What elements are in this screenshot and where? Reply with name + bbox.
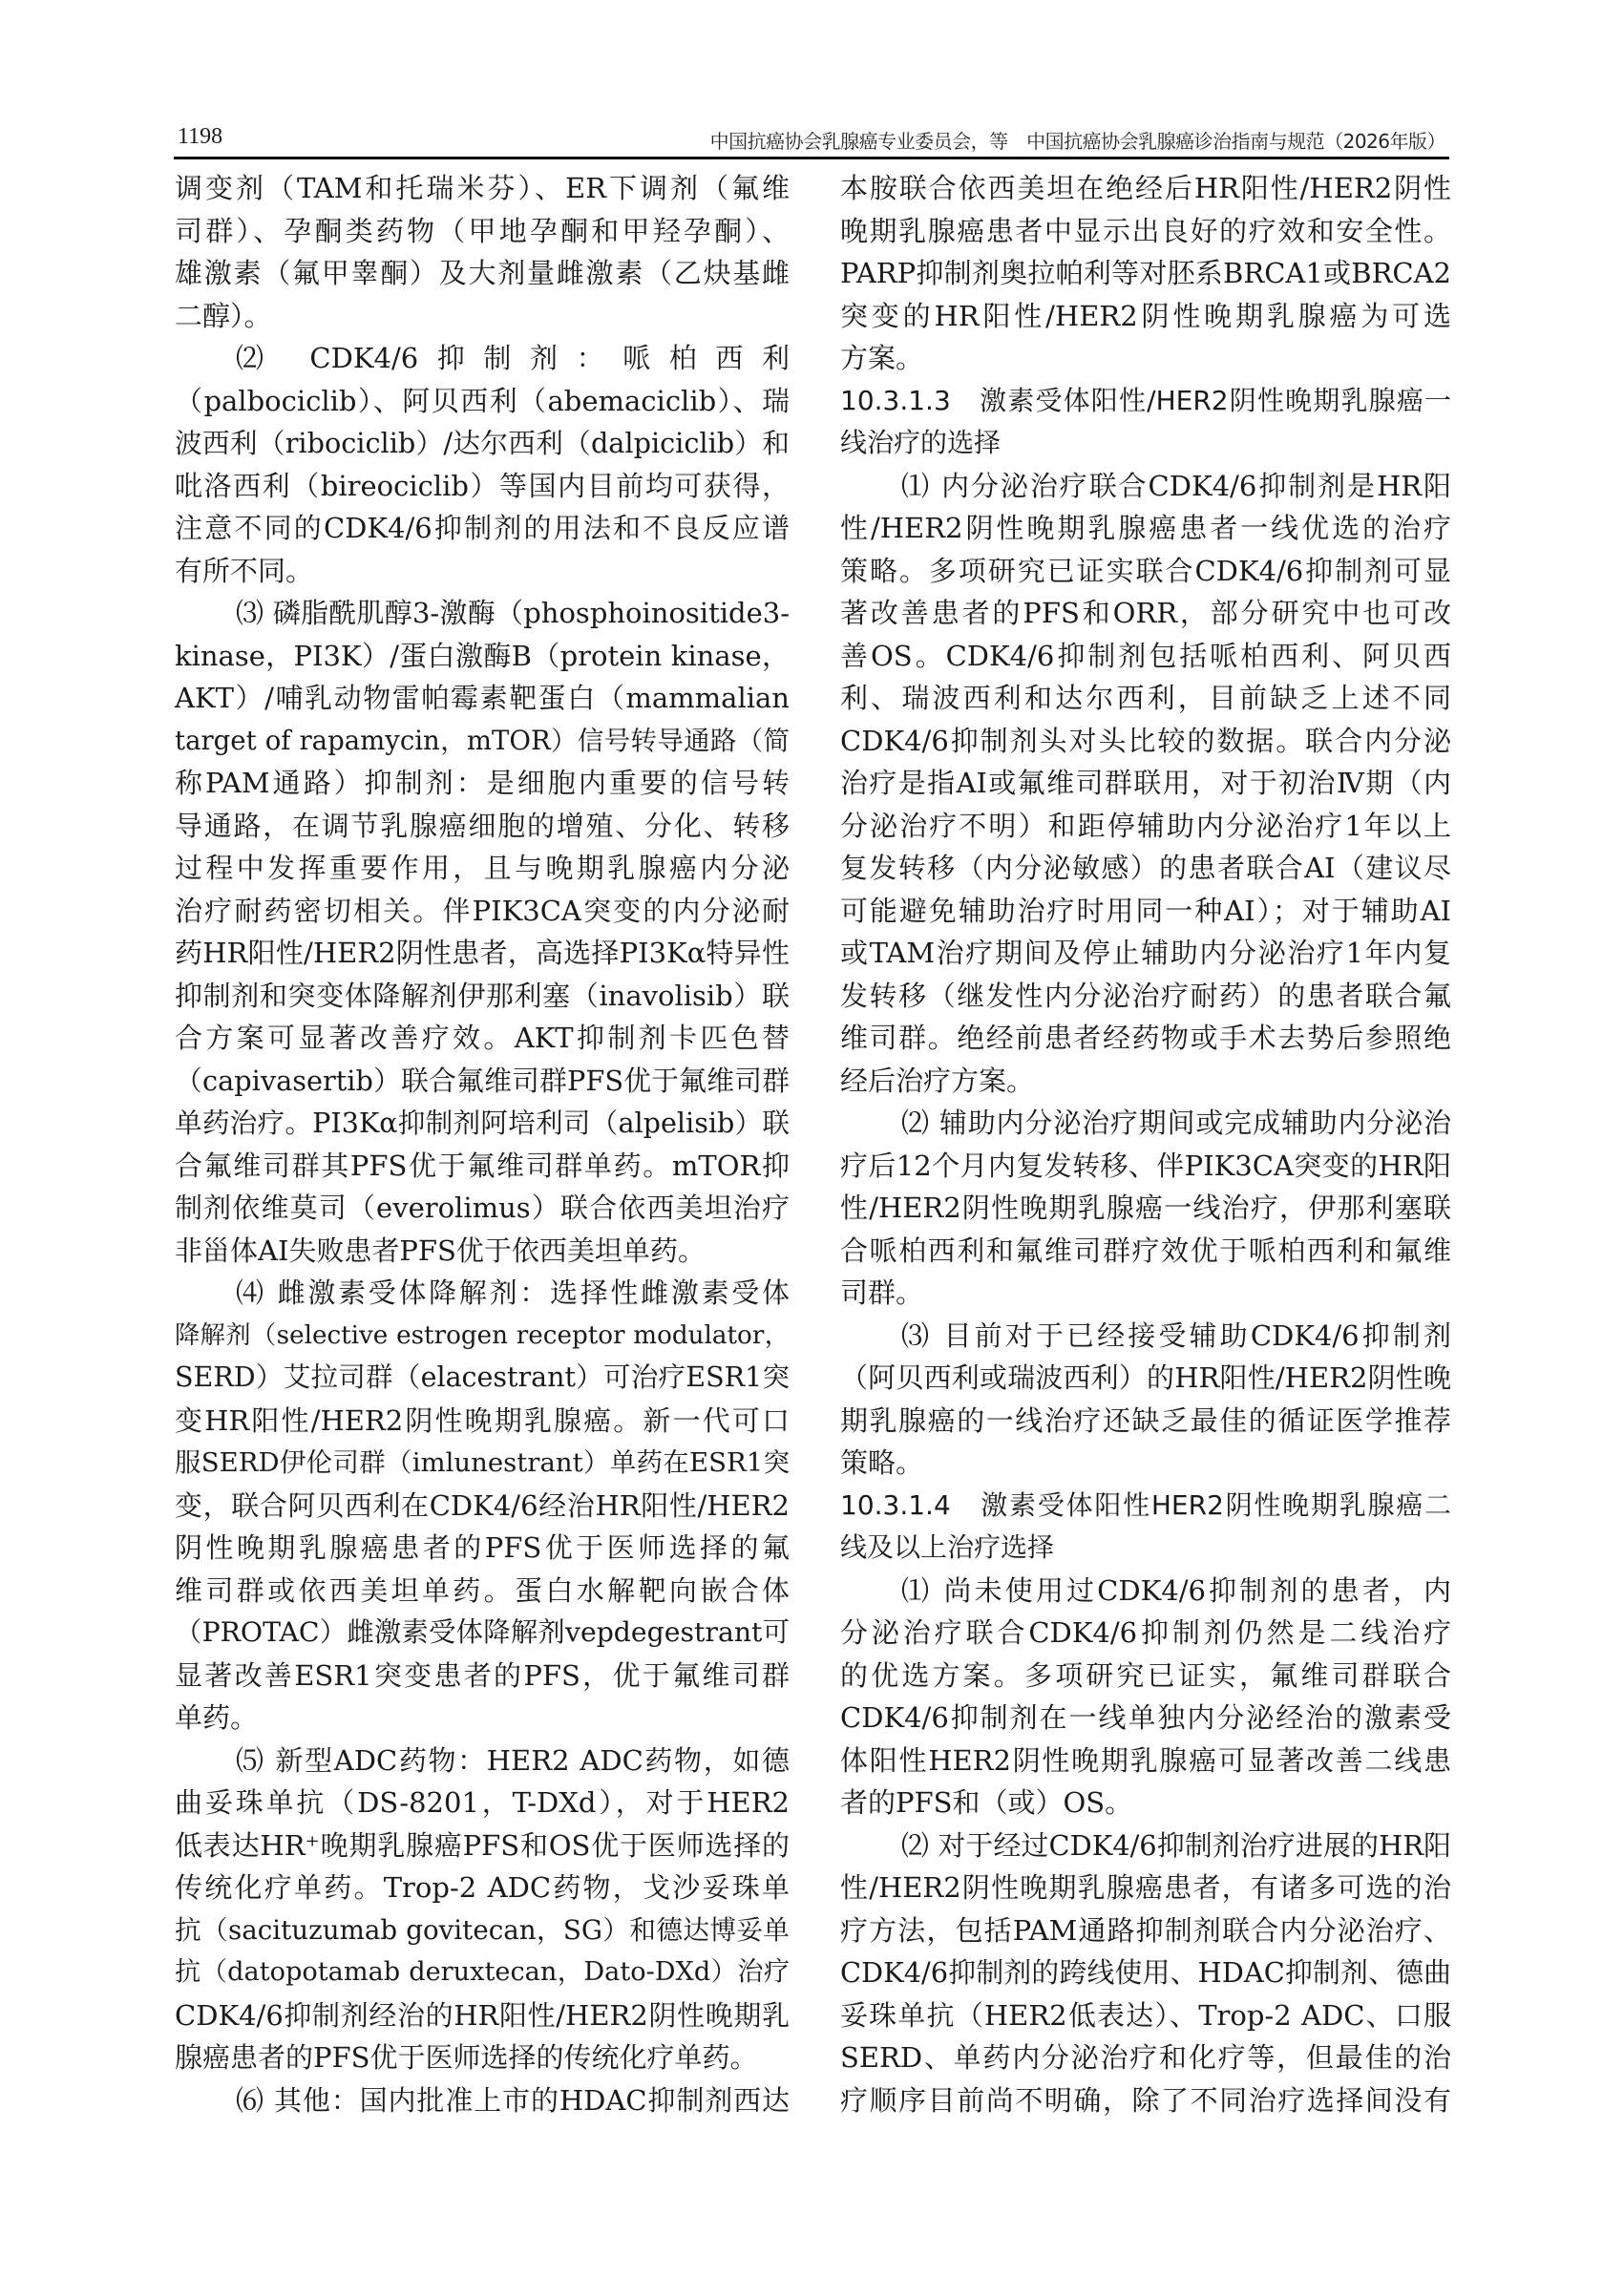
- text-line: 阴性晚期乳腺癌患者的PFS优于医师选择的氟: [175, 1527, 790, 1570]
- text-line: 本胺联合依西美坦在绝经后HR阳性/HER2阴性: [840, 167, 1451, 210]
- text-line: 利、瑞波西利和达尔西利，目前缺乏上述不同: [840, 677, 1451, 720]
- text-line: （capivasertib）联合氟维司群PFS优于氟维司群: [175, 1060, 790, 1103]
- text-line: 非甾体AI失败患者PFS优于依西美坦单药。: [175, 1230, 790, 1273]
- text-line: 维司群。绝经前患者经药物或手术去势后参照绝: [840, 1017, 1451, 1060]
- text-line: 显著改善ESR1突变患者的PFS，优于氟维司群: [175, 1655, 790, 1698]
- text-line: 服SERD伊伦司群（imlunestrant）单药在ESR1突: [175, 1442, 790, 1485]
- text-line: 波西利（ribociclib）/达尔西利（dalpiciclib）和: [175, 422, 790, 465]
- text-line: 方案。: [840, 337, 1451, 380]
- page-number: 1198: [178, 124, 222, 150]
- text-line: 或TAM治疗期间及停止辅助内分泌治疗1年内复: [840, 932, 1451, 975]
- text-line: CDK4/6抑制剂的跨线使用、HDAC抑制剂、德曲: [840, 1951, 1451, 1994]
- text-line: 策略。: [840, 1442, 1451, 1485]
- text-line: 者的PFS和（或）OS。: [840, 1782, 1451, 1825]
- text-line: 低表达HR⁺晚期乳腺癌PFS和OS优于医师选择的: [175, 1825, 790, 1867]
- text-line: 过程中发挥重要作用，且与晚期乳腺癌内分泌: [175, 847, 790, 890]
- text-line: PARP抑制剂奥拉帕利等对胚系BRCA1或BRCA2: [840, 252, 1451, 295]
- text-line: ⑴ 尚未使用过CDK4/6抑制剂的患者，内: [840, 1570, 1451, 1613]
- section-heading-line: 10.3.1.3 激素受体阳性/HER2阴性晚期乳腺癌一: [840, 380, 1451, 423]
- text-line: 疗顺序目前尚不明确，除了不同治疗选择间没有: [840, 2079, 1451, 2122]
- text-line: 单药。: [175, 1697, 790, 1740]
- text-line: 抗（datopotamab deruxtecan，Dato-DXd）治疗: [175, 1951, 790, 1994]
- text-line: 吡洛西利（bireociclib）等国内目前均可获得，: [175, 465, 790, 508]
- running-title: 中国抗癌协会乳腺癌专业委员会，等 中国抗癌协会乳腺癌诊治指南与规范（2026年版…: [710, 126, 1445, 154]
- text-line: 的优选方案。多项研究已证实，氟维司群联合: [840, 1655, 1451, 1698]
- text-line: ⑷ 雌激素受体降解剂：选择性雌激素受体: [175, 1272, 790, 1315]
- text-line: 著改善患者的PFS和ORR，部分研究中也可改: [840, 592, 1451, 635]
- text-line: 期乳腺癌的一线治疗还缺乏最佳的循证医学推荐: [840, 1400, 1451, 1443]
- text-line: ⑴ 内分泌治疗联合CDK4/6抑制剂是HR阳: [840, 465, 1451, 508]
- text-line: 司群）、孕酮类药物（甲地孕酮和甲羟孕酮）、: [175, 210, 790, 253]
- text-line: CDK4/6抑制剂在一线单独内分泌经治的激素受: [840, 1697, 1451, 1740]
- text-line: 性/HER2阴性晚期乳腺癌患者一线优选的治疗: [840, 507, 1451, 550]
- text-line: 合方案可显著改善疗效。AKT抑制剂卡匹色替: [175, 1017, 790, 1060]
- text-line: 导通路，在调节乳腺癌细胞的增殖、分化、转移: [175, 805, 790, 848]
- section-heading-line: 线治疗的选择: [840, 422, 1451, 465]
- text-line: 分泌治疗联合CDK4/6抑制剂仍然是二线治疗: [840, 1612, 1451, 1655]
- section-heading-line: 线及以上治疗选择: [840, 1527, 1451, 1570]
- text-line: 体阳性HER2阴性晚期乳腺癌可显著改善二线患: [840, 1740, 1451, 1782]
- text-line: 维司群或依西美坦单药。蛋白水解靶向嵌合体: [175, 1570, 790, 1613]
- text-line: 经后治疗方案。: [840, 1060, 1451, 1103]
- text-line: 分泌治疗不明）和距停辅助内分泌治疗1年以上: [840, 805, 1451, 848]
- text-line: SERD）艾拉司群（elacestrant）可治疗ESR1突: [175, 1357, 790, 1400]
- text-line: 雄激素（氟甲睾酮）及大剂量雌激素（乙炔基雌: [175, 252, 790, 295]
- text-line: 突变的HR阳性/HER2阴性晚期乳腺癌为可选: [840, 295, 1451, 338]
- text-line: （palbociclib）、阿贝西利（abemaciclib）、瑞: [175, 380, 790, 423]
- text-line: 疗后12个月内复发转移、伴PIK3CA突变的HR阳: [840, 1145, 1451, 1188]
- section-heading-line: 10.3.1.4 激素受体阳性HER2阴性晚期乳腺癌二: [840, 1485, 1451, 1528]
- right-column: 本胺联合依西美坦在绝经后HR阳性/HER2阴性晚期乳腺癌患者中显示出良好的疗效和…: [840, 167, 1451, 2121]
- text-line: 药HR阳性/HER2阴性患者，高选择PI3Kα特异性: [175, 932, 790, 975]
- text-line: （阿贝西利或瑞波西利）的HR阳性/HER2阴性晚: [840, 1357, 1451, 1400]
- text-line: 变，联合阿贝西利在CDK4/6经治HR阳性/HER2: [175, 1485, 790, 1528]
- text-line: 治疗是指AI或氟维司群联用，对于初治Ⅳ期（内: [840, 762, 1451, 805]
- text-line: 单药治疗。PI3Kα抑制剂阿培利司（alpelisib）联: [175, 1102, 790, 1145]
- text-line: 晚期乳腺癌患者中显示出良好的疗效和安全性。: [840, 210, 1451, 253]
- text-line: 抑制剂和突变体降解剂伊那利塞（inavolisib）联: [175, 975, 790, 1018]
- text-line: 降解剂（selective estrogen receptor modulato…: [175, 1315, 790, 1358]
- text-line: 抗（sacituzumab govitecan，SG）和德达博妥单: [175, 1909, 790, 1952]
- text-line: ⑶ 目前对于已经接受辅助CDK4/6抑制剂: [840, 1315, 1451, 1358]
- text-line: CDK4/6抑制剂头对头比较的数据。联合内分泌: [840, 720, 1451, 763]
- text-line: AKT）/哺乳动物雷帕霉素靶蛋白（mammalian: [175, 677, 790, 720]
- text-line: 性/HER2阴性晚期乳腺癌患者，有诸多可选的治: [840, 1867, 1451, 1909]
- text-line: （PROTAC）雌激素受体降解剂vepdegestrant可: [175, 1612, 790, 1655]
- text-line: 传统化疗单药。Trop-2 ADC药物，戈沙妥珠单: [175, 1867, 790, 1909]
- text-line: 二醇）。: [175, 295, 790, 338]
- text-line: target of rapamycin，mTOR）信号转导通路（简: [175, 720, 790, 763]
- text-line: 注意不同的CDK4/6抑制剂的用法和不良反应谱: [175, 507, 790, 550]
- text-line: 曲妥珠单抗（DS-8201，T-DXd），对于HER2: [175, 1782, 790, 1825]
- page-header: 1198 中国抗癌协会乳腺癌专业委员会，等 中国抗癌协会乳腺癌诊治指南与规范（2…: [174, 122, 1449, 157]
- text-line: 制剂依维莫司（everolimus）联合依西美坦治疗: [175, 1187, 790, 1230]
- text-line: 腺癌患者的PFS优于医师选择的传统化疗单药。: [175, 2036, 790, 2079]
- text-line: ⑵ 辅助内分泌治疗期间或完成辅助内分泌治: [840, 1102, 1451, 1145]
- text-line: ⑹ 其他：国内批准上市的HDAC抑制剂西达: [175, 2079, 790, 2122]
- text-line: 策略。多项研究已证实联合CDK4/6抑制剂可显: [840, 550, 1451, 593]
- text-line: CDK4/6抑制剂经治的HR阳性/HER2阴性晚期乳: [175, 1994, 790, 2037]
- text-line: 善OS。CDK4/6抑制剂包括哌柏西利、阿贝西: [840, 635, 1451, 678]
- left-column: 调变剂（TAM和托瑞米芬）、ER下调剂（氟维司群）、孕酮类药物（甲地孕酮和甲羟孕…: [175, 167, 790, 2121]
- text-line: ⑸ 新型ADC药物：HER2 ADC药物，如德: [175, 1740, 790, 1782]
- text-line: 称PAM通路）抑制剂：是细胞内重要的信号转: [175, 762, 790, 805]
- text-line: 变HR阳性/HER2阴性晚期乳腺癌。新一代可口: [175, 1400, 790, 1443]
- text-line: 妥珠单抗（HER2低表达）、Trop-2 ADC、口服: [840, 1994, 1451, 2037]
- text-line: 性/HER2阴性晚期乳腺癌一线治疗，伊那利塞联: [840, 1187, 1451, 1230]
- text-line: SERD、单药内分泌治疗和化疗等，但最佳的治: [840, 2036, 1451, 2079]
- text-line: ⑵ CDK4/6抑制剂：哌柏西利: [175, 337, 790, 380]
- text-line: 调变剂（TAM和托瑞米芬）、ER下调剂（氟维: [175, 167, 790, 210]
- text-line: 司群。: [840, 1272, 1451, 1315]
- text-line: 有所不同。: [175, 550, 790, 593]
- text-line: ⑶ 磷脂酰肌醇3-激酶（phosphoinositide3-: [175, 592, 790, 635]
- text-line: 复发转移（内分泌敏感）的患者联合AI（建议尽: [840, 847, 1451, 890]
- text-line: 合氟维司群其PFS优于氟维司群单药。mTOR抑: [175, 1145, 790, 1188]
- text-line: kinase，PI3K）/蛋白激酶B（protein kinase，: [175, 635, 790, 678]
- text-line: 治疗耐药密切相关。伴PIK3CA突变的内分泌耐: [175, 890, 790, 933]
- text-line: 疗方法，包括PAM通路抑制剂联合内分泌治疗、: [840, 1909, 1451, 1952]
- text-line: ⑵ 对于经过CDK4/6抑制剂治疗进展的HR阳: [840, 1825, 1451, 1867]
- text-line: 可能避免辅助治疗时用同一种AI）；对于辅助AI: [840, 890, 1451, 933]
- text-line: 合哌柏西利和氟维司群疗效优于哌柏西利和氟维: [840, 1230, 1451, 1273]
- header-rule: [174, 157, 1449, 159]
- text-line: 发转移（继发性内分泌治疗耐药）的患者联合氟: [840, 975, 1451, 1018]
